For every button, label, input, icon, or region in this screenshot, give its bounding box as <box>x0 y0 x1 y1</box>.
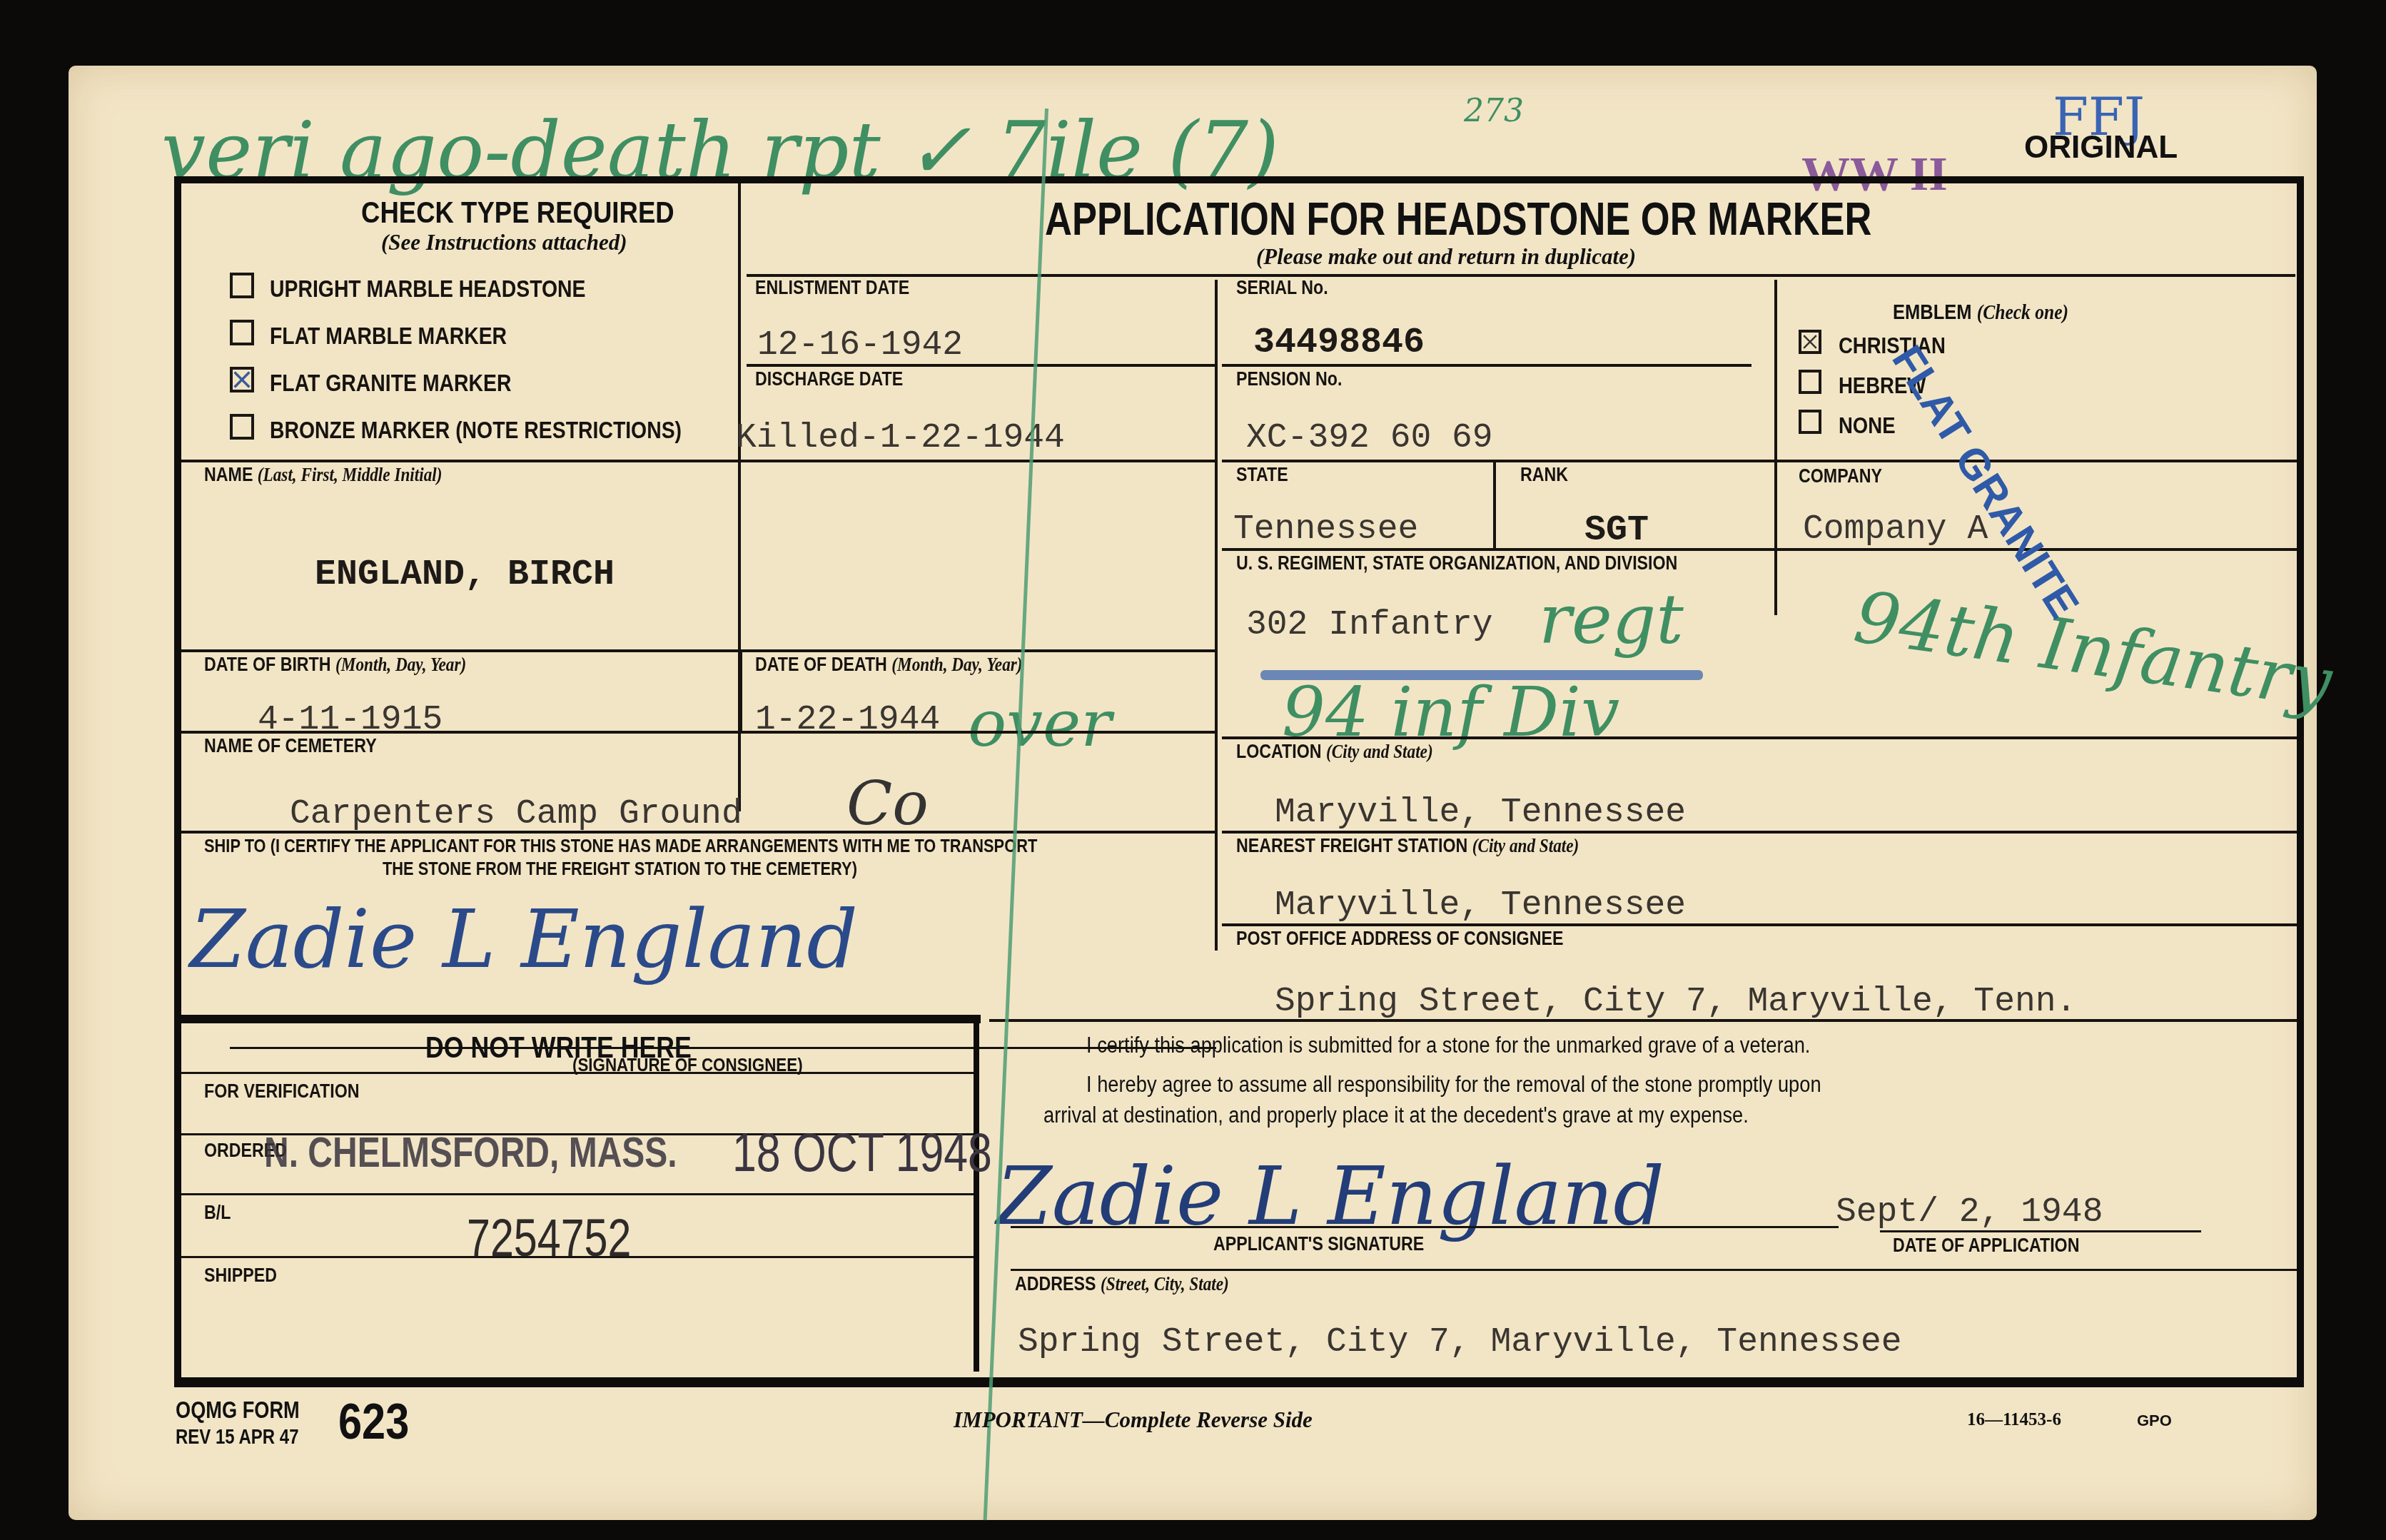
divider <box>747 274 2295 277</box>
company-label: COMPANY <box>1799 465 1882 487</box>
state-value[interactable]: Tennessee <box>1233 510 1418 549</box>
form-id-line2: REV 15 APR 47 <box>176 1425 299 1449</box>
state-label: STATE <box>1236 464 1288 486</box>
headstone-application-card: veri ago-death rpt ✓ 7ile (7) 273 WW II … <box>69 66 2317 1520</box>
form-number: 623 <box>338 1393 409 1450</box>
date-of-death-label: DATE OF DEATH (Month, Day, Year) <box>755 654 1023 676</box>
signature-line <box>230 1047 1216 1049</box>
form-subtitle: (Please make out and return in duplicate… <box>1256 244 1636 270</box>
checkbox-icon[interactable] <box>230 320 254 345</box>
date-of-birth-label: DATE OF BIRTH (Month, Day, Year) <box>204 654 466 676</box>
name-value[interactable]: ENGLAND, BIRCH <box>315 554 615 595</box>
location-value[interactable]: Maryville, Tennessee <box>1275 794 1686 832</box>
bill-of-lading-value: 7254752 <box>467 1207 631 1268</box>
regiment-handwritten-note-2: 94th Infantry <box>1849 575 2337 725</box>
freight-station-value[interactable]: Maryville, Tennessee <box>1275 886 1686 925</box>
ship-to-label-line2: THE STONE FROM THE FREIGHT STATION TO TH… <box>383 858 857 880</box>
shipped-label: SHIPPED <box>204 1265 277 1287</box>
option-label: FLAT GRANITE MARKER <box>270 370 511 397</box>
cemetery-label: NAME OF CEMETERY <box>204 735 377 757</box>
divider <box>1011 1269 2297 1271</box>
divider <box>1222 460 2297 462</box>
freight-station-label: NEAREST FREIGHT STATION (City and State) <box>1236 835 1579 857</box>
divider <box>181 1072 974 1074</box>
ordered-stamp: N. CHELMSFORD, MASS. <box>264 1128 677 1177</box>
office-box-top <box>181 1015 981 1023</box>
company-value[interactable]: Company A <box>1803 510 1988 549</box>
enlistment-date-value[interactable]: 12-16-1942 <box>757 326 963 365</box>
discharge-date-value[interactable]: Killed-1-22-1944 <box>736 419 1065 457</box>
emblem-title-text: EMBLEM <box>1893 301 1972 324</box>
serial-number-label: SERIAL No. <box>1236 277 1328 299</box>
divider <box>747 364 1215 367</box>
regiment-value[interactable]: 302 Infantry <box>1246 606 1493 644</box>
divider <box>181 831 1216 834</box>
checkbox-checked-icon[interactable] <box>1799 330 1821 354</box>
divider <box>1222 736 2297 739</box>
post-office-label: POST OFFICE ADDRESS OF CONSIGNEE <box>1236 928 1563 950</box>
form-title: APPLICATION FOR HEADSTONE OR MARKER <box>1045 193 1871 245</box>
ship-to-label-line1: SHIP TO (I CERTIFY THE APPLICANT FOR THI… <box>204 835 1037 857</box>
checkbox-checked-icon[interactable] <box>230 367 254 392</box>
regiment-label: U. S. REGIMENT, STATE ORGANIZATION, AND … <box>1236 552 1677 574</box>
date-of-death-note: over <box>968 687 1111 761</box>
office-use-title: DO NOT WRITE HERE <box>425 1030 692 1065</box>
certification-line-3: arrival at destination, and properly pla… <box>1043 1103 1749 1128</box>
location-label: LOCATION (City and State) <box>1236 741 1433 763</box>
important-note: IMPORTANT—Complete Reverse Side <box>954 1407 1313 1433</box>
frame-right <box>2297 176 2304 1379</box>
post-office-value[interactable]: Spring Street, City 7, Maryville, Tenn. <box>1275 983 2076 1021</box>
for-verification-label: FOR VERIFICATION <box>204 1080 360 1103</box>
regiment-handwritten-note-1: regt <box>1539 579 1684 659</box>
divider <box>181 460 1216 462</box>
checkbox-icon[interactable] <box>230 273 254 298</box>
checkbox-icon[interactable] <box>1799 370 1821 394</box>
consignee-signature[interactable]: Zadie L England <box>190 893 858 986</box>
divider <box>181 649 1216 652</box>
ordered-date-stamp: 18 OCT 1948 <box>732 1122 992 1184</box>
pension-number-label: PENSION No. <box>1236 368 1342 390</box>
frame-top <box>174 176 2301 183</box>
emblem-hint: (Check one) <box>1977 301 2068 324</box>
divider <box>1493 462 1496 548</box>
check-type-subtitle: (See Instructions attached) <box>381 230 627 255</box>
serial-number-value[interactable]: 34498846 <box>1253 323 1425 363</box>
rank-label: RANK <box>1520 464 1568 486</box>
divider <box>1222 548 2297 551</box>
date-line <box>1880 1230 2201 1232</box>
original-label: ORIGINAL <box>2024 130 2178 166</box>
name-label: NAME (Last, First, Middle Initial) <box>204 464 443 486</box>
option-label: FLAT MARBLE MARKER <box>270 323 507 350</box>
discharge-date-label: DISCHARGE DATE <box>755 368 903 390</box>
divider <box>1222 923 2297 926</box>
divider <box>181 1193 974 1195</box>
print-code: 16—11453-6 <box>1967 1410 2061 1430</box>
divider <box>1222 831 2297 834</box>
divider <box>181 731 1216 734</box>
checkbox-icon[interactable] <box>1799 410 1821 434</box>
frame-bottom <box>174 1377 2304 1387</box>
divider <box>739 652 742 731</box>
applicant-signature-caption: APPLICANT'S SIGNATURE <box>1213 1233 1424 1255</box>
enlistment-date-label: ENLISTMENT DATE <box>755 277 909 299</box>
divider <box>1774 280 1777 615</box>
printer-mark: GPO <box>2137 1412 2172 1430</box>
certification-line-2: I hereby agree to assume all responsibil… <box>1086 1072 1821 1098</box>
option-label: BRONZE MARKER (NOTE RESTRICTIONS) <box>270 417 682 444</box>
check-type-title: CHECK TYPE REQUIRED <box>361 196 674 231</box>
emblem-title: EMBLEM (Check one) <box>1893 301 2068 325</box>
option-label: NONE <box>1839 412 1896 439</box>
rank-value[interactable]: SGT <box>1584 510 1649 551</box>
office-box-right <box>974 1015 979 1372</box>
applicant-signature-line <box>1011 1226 1839 1228</box>
address-label: ADDRESS (Street, City, State) <box>1015 1273 1229 1295</box>
bill-of-lading-label: B/L <box>204 1202 231 1224</box>
top-superscript-note: 273 <box>1464 93 1524 129</box>
divider <box>1215 280 1218 951</box>
address-value[interactable]: Spring Street, City 7, Maryville, Tennes… <box>1018 1323 1902 1362</box>
checkbox-icon[interactable] <box>230 414 254 440</box>
date-of-application-value[interactable]: Sept/ 2, 1948 <box>1836 1193 2103 1232</box>
applicant-signature[interactable]: Zadie L England <box>996 1150 1664 1243</box>
divider <box>1222 364 1751 367</box>
pension-number-value[interactable]: XC-392 60 69 <box>1246 419 1493 457</box>
cemetery-value[interactable]: Carpenters Camp Ground <box>290 795 742 834</box>
frame-left <box>174 176 181 1379</box>
divider <box>181 1256 974 1258</box>
date-of-application-caption: DATE OF APPLICATION <box>1893 1235 2079 1257</box>
certification-line-1: I certify this application is submitted … <box>1086 1033 1810 1058</box>
green-pencil-line <box>984 108 1048 1520</box>
cemetery-note: Co <box>846 769 929 839</box>
option-label: UPRIGHT MARBLE HEADSTONE <box>270 275 586 303</box>
divider <box>989 1019 2297 1022</box>
form-id-line1: OQMG FORM <box>176 1397 300 1424</box>
